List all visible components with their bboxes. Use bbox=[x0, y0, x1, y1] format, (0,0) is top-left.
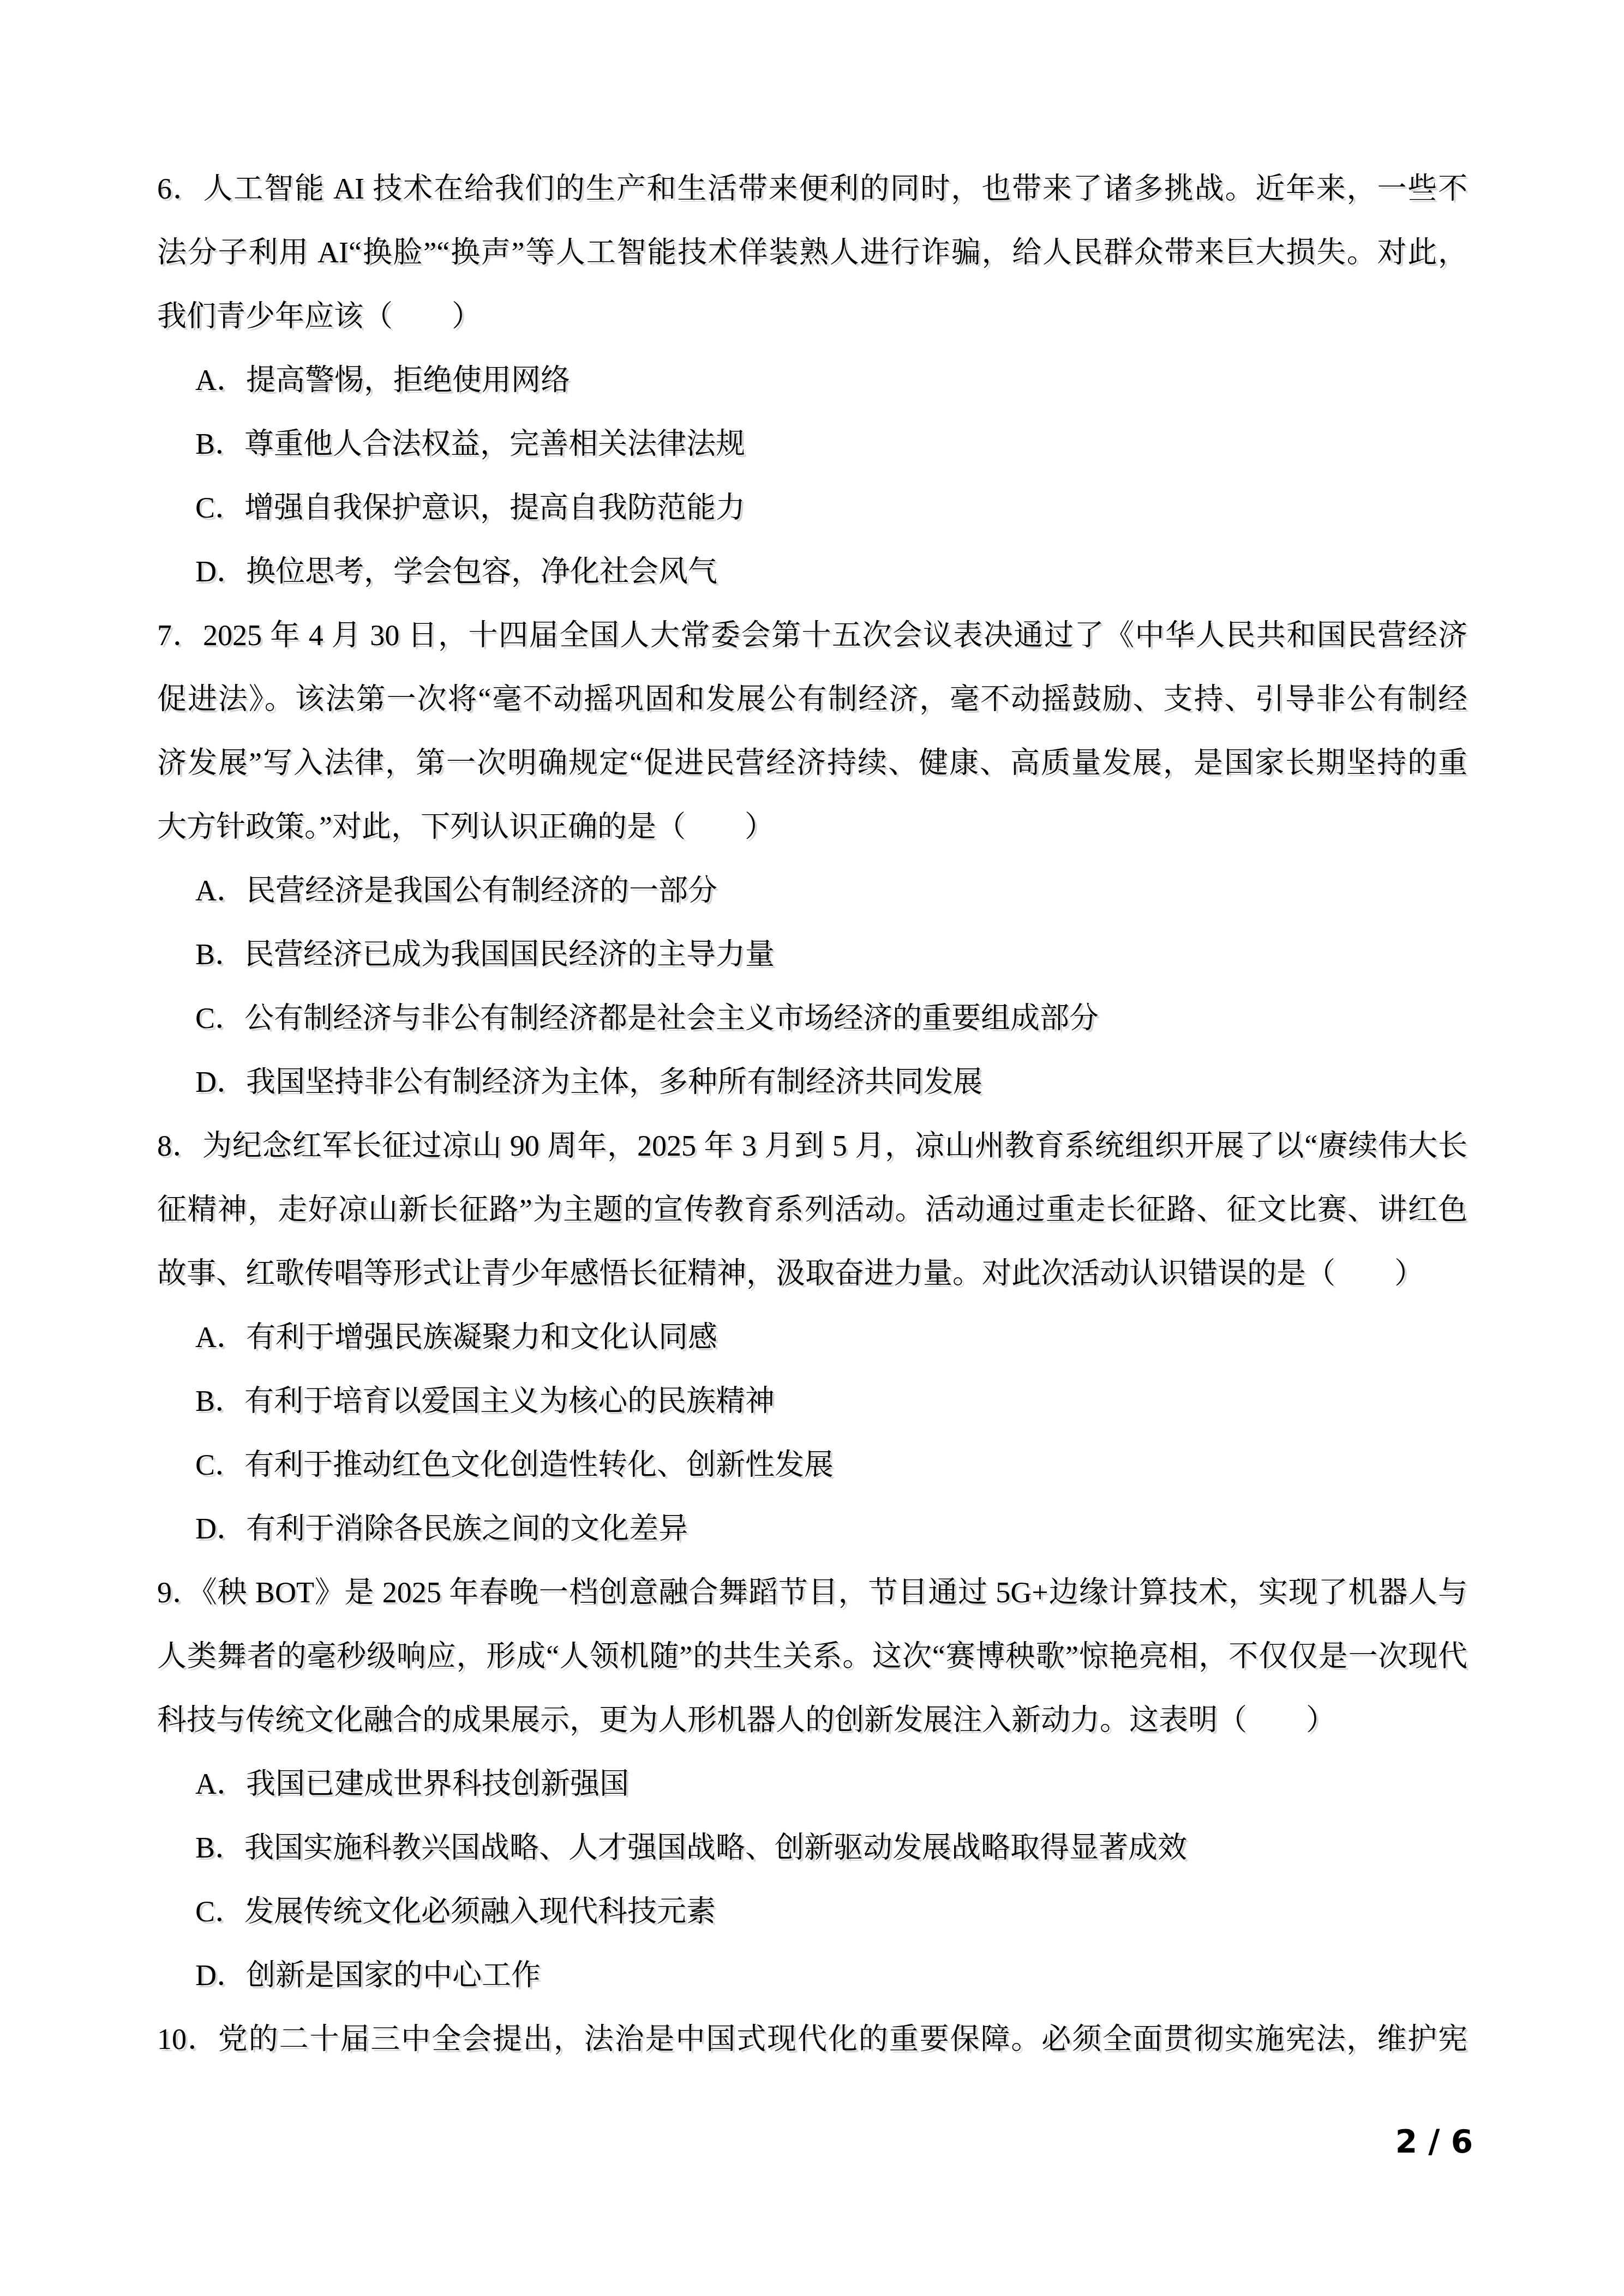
option-label: C． bbox=[195, 491, 244, 524]
stem-line: 济发展”写入法律，第一次明确规定“促进民营经济持续、健康、高质量发展，是国家长期… bbox=[157, 731, 1467, 795]
stem-line: 6．人工智能 AI 技术在给我们的生产和生活带来便利的同时，也带来了诸多挑战。近… bbox=[157, 157, 1467, 221]
option-label: B． bbox=[195, 1385, 244, 1417]
option-row-a: A．有利于增强民族凝聚力和文化认同感 bbox=[157, 1306, 1467, 1369]
option-label: D． bbox=[195, 1512, 246, 1545]
option-text: 民营经济是我国公有制经济的一部分 bbox=[246, 874, 717, 907]
question-8: 8．为纪念红军长征过凉山 90 周年，2025 年 3 月到 5 月，凉山州教育… bbox=[157, 1114, 1467, 1561]
option-row-c: C．有利于推动红色文化创造性转化、创新性发展 bbox=[157, 1433, 1467, 1497]
stem-line: 促进法》。该法第一次将“毫不动摇巩固和发展公有制经济，毫不动摇鼓励、支持、引导非… bbox=[157, 668, 1467, 731]
option-label: A． bbox=[195, 874, 246, 907]
option-label: D． bbox=[195, 1066, 246, 1098]
stem-line: 8．为纪念红军长征过凉山 90 周年，2025 年 3 月到 5 月，凉山州教育… bbox=[157, 1114, 1467, 1178]
option-text: 有利于消除各民族之间的文化差异 bbox=[246, 1512, 688, 1545]
option-text: 有利于培育以爱国主义为核心的民族精神 bbox=[244, 1385, 775, 1417]
option-label: C． bbox=[195, 1895, 244, 1928]
option-row-b: B．民营经济已成为我国国民经济的主导力量 bbox=[157, 923, 1467, 987]
option-text: 增强自我保护意识，提高自我防范能力 bbox=[244, 491, 745, 524]
option-text: 有利于推动红色文化创造性转化、创新性发展 bbox=[244, 1448, 834, 1481]
question-10: 10．党的二十届三中全会提出，法治是中国式现代化的重要保障。必须全面贯彻实施宪法… bbox=[157, 2008, 1467, 2071]
option-text: 民营经济已成为我国国民经济的主导力量 bbox=[244, 938, 775, 971]
option-text: 换位思考，学会包容，净化社会风气 bbox=[246, 555, 717, 588]
option-text: 有利于增强民族凝聚力和文化认同感 bbox=[246, 1321, 717, 1354]
option-row-d: D．换位思考，学会包容，净化社会风气 bbox=[157, 540, 1467, 604]
option-row-b: B．尊重他人合法权益，完善相关法律法规 bbox=[157, 412, 1467, 476]
option-row-c: C．公有制经济与非公有制经济都是社会主义市场经济的重要组成部分 bbox=[157, 987, 1467, 1050]
option-row-c: C．增强自我保护意识，提高自我防范能力 bbox=[157, 476, 1467, 540]
questions-area: 6．人工智能 AI 技术在给我们的生产和生活带来便利的同时，也带来了诸多挑战。近… bbox=[157, 157, 1467, 2071]
stem-line: 大方针政策。”对此，下列认识正确的是（ ） bbox=[157, 795, 1467, 859]
option-row-b: B．有利于培育以爱国主义为核心的民族精神 bbox=[157, 1369, 1467, 1433]
question-6: 6．人工智能 AI 技术在给我们的生产和生活带来便利的同时，也带来了诸多挑战。近… bbox=[157, 157, 1467, 604]
option-text: 发展传统文化必须融入现代科技元素 bbox=[244, 1895, 716, 1928]
option-row-c: C．发展传统文化必须融入现代科技元素 bbox=[157, 1880, 1467, 1944]
option-text: 创新是国家的中心工作 bbox=[246, 1959, 541, 1992]
stem-line: 10．党的二十届三中全会提出，法治是中国式现代化的重要保障。必须全面贯彻实施宪法… bbox=[157, 2008, 1467, 2071]
option-label: A． bbox=[195, 1768, 246, 1800]
option-row-a: A．民营经济是我国公有制经济的一部分 bbox=[157, 859, 1467, 923]
stem-line: 9．《秧 BOT》是 2025 年春晚一档创意融合舞蹈节目，节目通过 5G+边缘… bbox=[157, 1561, 1467, 1625]
page-number: 2 / 6 bbox=[1395, 2110, 1473, 2174]
stem-line: 故事、红歌传唱等形式让青少年感悟长征精神，汲取奋进力量。对此次活动认识错误的是（… bbox=[157, 1242, 1467, 1306]
option-label: C． bbox=[195, 1002, 244, 1035]
option-row-d: D．有利于消除各民族之间的文化差异 bbox=[157, 1497, 1467, 1561]
option-label: D． bbox=[195, 1959, 246, 1992]
option-row-d: D．创新是国家的中心工作 bbox=[157, 1944, 1467, 2008]
option-text: 我国实施科教兴国战略、人才强国战略、创新驱动发展战略取得显著成效 bbox=[244, 1831, 1187, 1864]
option-row-a: A．我国已建成世界科技创新强国 bbox=[157, 1752, 1467, 1816]
option-label: D． bbox=[195, 555, 246, 588]
option-label: B． bbox=[195, 1831, 244, 1864]
stem-line: 法分子利用 AI“换脸”“换声”等人工智能技术佯装熟人进行诈骗，给人民群众带来巨… bbox=[157, 221, 1467, 285]
question-7: 7．2025 年 4 月 30 日，十四届全国人大常委会第十五次会议表决通过了《… bbox=[157, 604, 1467, 1114]
option-text: 我国坚持非公有制经济为主体，多种所有制经济共同发展 bbox=[246, 1066, 982, 1098]
option-label: C． bbox=[195, 1448, 244, 1481]
option-text: 尊重他人合法权益，完善相关法律法规 bbox=[244, 428, 745, 460]
option-row-a: A．提高警惕，拒绝使用网络 bbox=[157, 348, 1467, 412]
option-row-d: D．我国坚持非公有制经济为主体，多种所有制经济共同发展 bbox=[157, 1050, 1467, 1114]
option-text: 我国已建成世界科技创新强国 bbox=[246, 1768, 629, 1800]
option-label: A． bbox=[195, 364, 246, 396]
stem-line: 科技与传统文化融合的成果展示，更为人形机器人的创新发展注入新动力。这表明（ ） bbox=[157, 1688, 1467, 1752]
stem-line: 我们青少年应该（ ） bbox=[157, 285, 1467, 348]
option-row-b: B．我国实施科教兴国战略、人才强国战略、创新驱动发展战略取得显著成效 bbox=[157, 1816, 1467, 1880]
stem-line: 7．2025 年 4 月 30 日，十四届全国人大常委会第十五次会议表决通过了《… bbox=[157, 604, 1467, 668]
option-text: 提高警惕，拒绝使用网络 bbox=[246, 364, 570, 396]
option-label: B． bbox=[195, 938, 244, 971]
option-label: A． bbox=[195, 1321, 246, 1354]
option-text: 公有制经济与非公有制经济都是社会主义市场经济的重要组成部分 bbox=[244, 1002, 1099, 1035]
stem-line: 人类舞者的毫秒级响应，形成“人领机随”的共生关系。这次“赛博秧歌”惊艳亮相，不仅… bbox=[157, 1625, 1467, 1688]
exam-paper-page: 6．人工智能 AI 技术在给我们的生产和生活带来便利的同时，也带来了诸多挑战。近… bbox=[0, 0, 1624, 2296]
option-label: B． bbox=[195, 428, 244, 460]
question-9: 9．《秧 BOT》是 2025 年春晚一档创意融合舞蹈节目，节目通过 5G+边缘… bbox=[157, 1561, 1467, 2008]
stem-line: 征精神，走好凉山新长征路”为主题的宣传教育系列活动。活动通过重走长征路、征文比赛… bbox=[157, 1178, 1467, 1242]
